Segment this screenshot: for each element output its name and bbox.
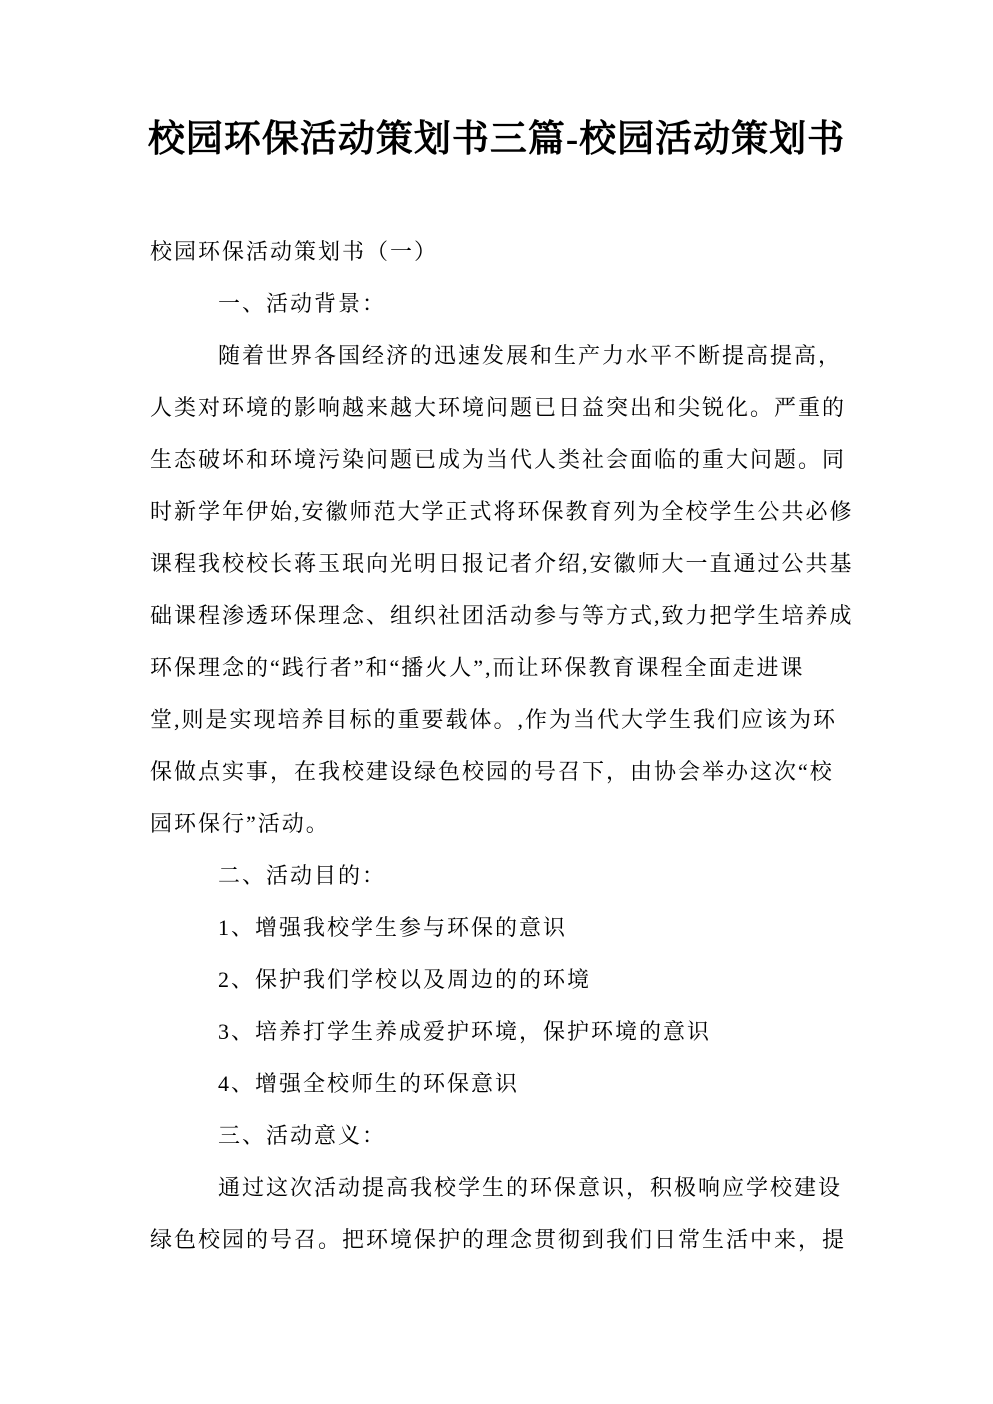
text-line: 绿色校园的号召。把环境保护的理念贯彻到我们日常生活中来，提: [150, 1214, 860, 1266]
text-line: 1、增强我校学生参与环保的意识: [150, 902, 860, 954]
text-line: 随着世界各国经济的迅速发展和生产力水平不断提高提高，: [150, 330, 860, 382]
text-line: 校园环保活动策划书（一）: [150, 226, 860, 278]
document-page: 校园环保活动策划书三篇-校园活动策划书 校园环保活动策划书（一）一、活动背景：随…: [0, 0, 993, 1404]
text-line: 保做点实事，在我校建设绿色校园的号召下，由协会举办这次“校: [150, 746, 860, 798]
text-line: 2、保护我们学校以及周边的的环境: [150, 954, 860, 1006]
text-line: 园环保行”活动。: [150, 798, 860, 850]
text-line: 课程我校校长蒋玉珉向光明日报记者介绍,安徽师大一直通过公共基: [150, 538, 860, 590]
text-line: 4、增强全校师生的环保意识: [150, 1058, 860, 1110]
text-line: 础课程渗透环保理念、组织社团活动参与等方式,致力把学生培养成: [150, 590, 860, 642]
text-line: 生态破坏和环境污染问题已成为当代人类社会面临的重大问题。同: [150, 434, 860, 486]
text-line: 通过这次活动提高我校学生的环保意识，积极响应学校建设: [150, 1162, 860, 1214]
document-title: 校园环保活动策划书三篇-校园活动策划书: [0, 118, 993, 162]
text-line: 环保理念的“践行者”和“播火人”,而让环保教育课程全面走进课: [150, 642, 860, 694]
text-line: 人类对环境的影响越来越大环境问题已日益突出和尖锐化。严重的: [150, 382, 860, 434]
text-line: 时新学年伊始,安徽师范大学正式将环保教育列为全校学生公共必修: [150, 486, 860, 538]
text-line: 二、活动目的：: [150, 850, 860, 902]
text-line: 3、培养打学生养成爱护环境，保护环境的意识: [150, 1006, 860, 1058]
text-line: 一、活动背景：: [150, 278, 860, 330]
text-line: 三、活动意义：: [150, 1110, 860, 1162]
text-line: 堂,则是实现培养目标的重要载体。,作为当代大学生我们应该为环: [150, 694, 860, 746]
document-body: 校园环保活动策划书（一）一、活动背景：随着世界各国经济的迅速发展和生产力水平不断…: [150, 226, 860, 1266]
